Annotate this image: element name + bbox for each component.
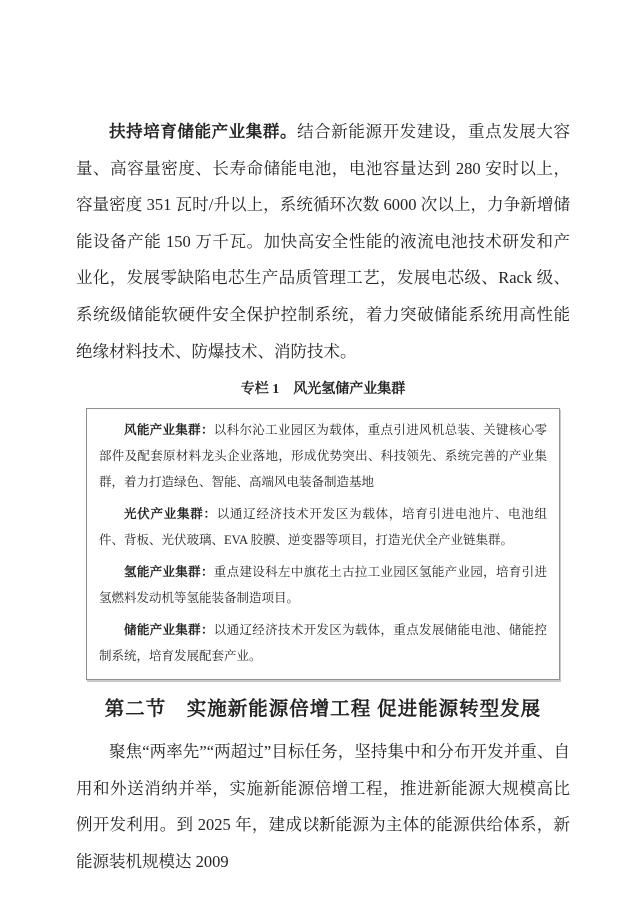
page-content: 扶持培育储能产业集群。结合新能源开发建设，重点发展大容量、高容量密度、长寿命储能… [76,114,570,881]
column-box: 风能产业集群：以科尔沁工业园区为载体，重点引进风机总装、关键核心零部件及配套原材… [86,408,560,680]
box-item-pv: 光伏产业集群：以通辽经济技术开发区为载体，培育引进电池片、电池组件、背板、光伏玻… [99,501,547,553]
paragraph-storage-cluster: 扶持培育储能产业集群。结合新能源开发建设，重点发展大容量、高容量密度、长寿命储能… [76,114,570,370]
paragraph-storage-body: 结合新能源开发建设，重点发展大容量、高容量密度、长寿命储能电池，电池容量达到 2… [76,122,570,361]
box-item-storage: 储能产业集群：以通辽经济技术开发区为载体，重点发展储能电池、储能控制系统，培育发… [99,617,547,669]
page-number: - 23 - [0,816,640,828]
box-item-wind: 风能产业集群：以科尔沁工业园区为载体，重点引进风机总装、关键核心零部件及配套原材… [99,417,547,495]
box-item-storage-label: 储能产业集群： [124,623,214,637]
column-box-title: 专栏 1 风光氢储产业集群 [76,379,570,401]
document-page: 扶持培育储能产业集群。结合新能源开发建设，重点发展大容量、高容量密度、长寿命储能… [0,0,640,905]
box-item-wind-label: 风能产业集群： [124,423,214,437]
paragraph-storage-lead: 扶持培育储能产业集群。 [109,122,297,141]
section-heading: 第二节 实施新能源倍增工程 促进能源转型发展 [76,696,570,724]
box-item-hydrogen-label: 氢能产业集群： [124,565,214,579]
box-item-hydrogen: 氢能产业集群：重点建设科左中旗花土古拉工业园区氢能产业园，培育引进氢燃料发动机等… [99,559,547,611]
paragraph-new-energy-target: 聚焦“两率先”“两超过”目标任务，坚持集中和分布开发并重、自用和外送消纳并举，实… [76,734,570,880]
box-item-pv-label: 光伏产业集群： [124,507,217,521]
